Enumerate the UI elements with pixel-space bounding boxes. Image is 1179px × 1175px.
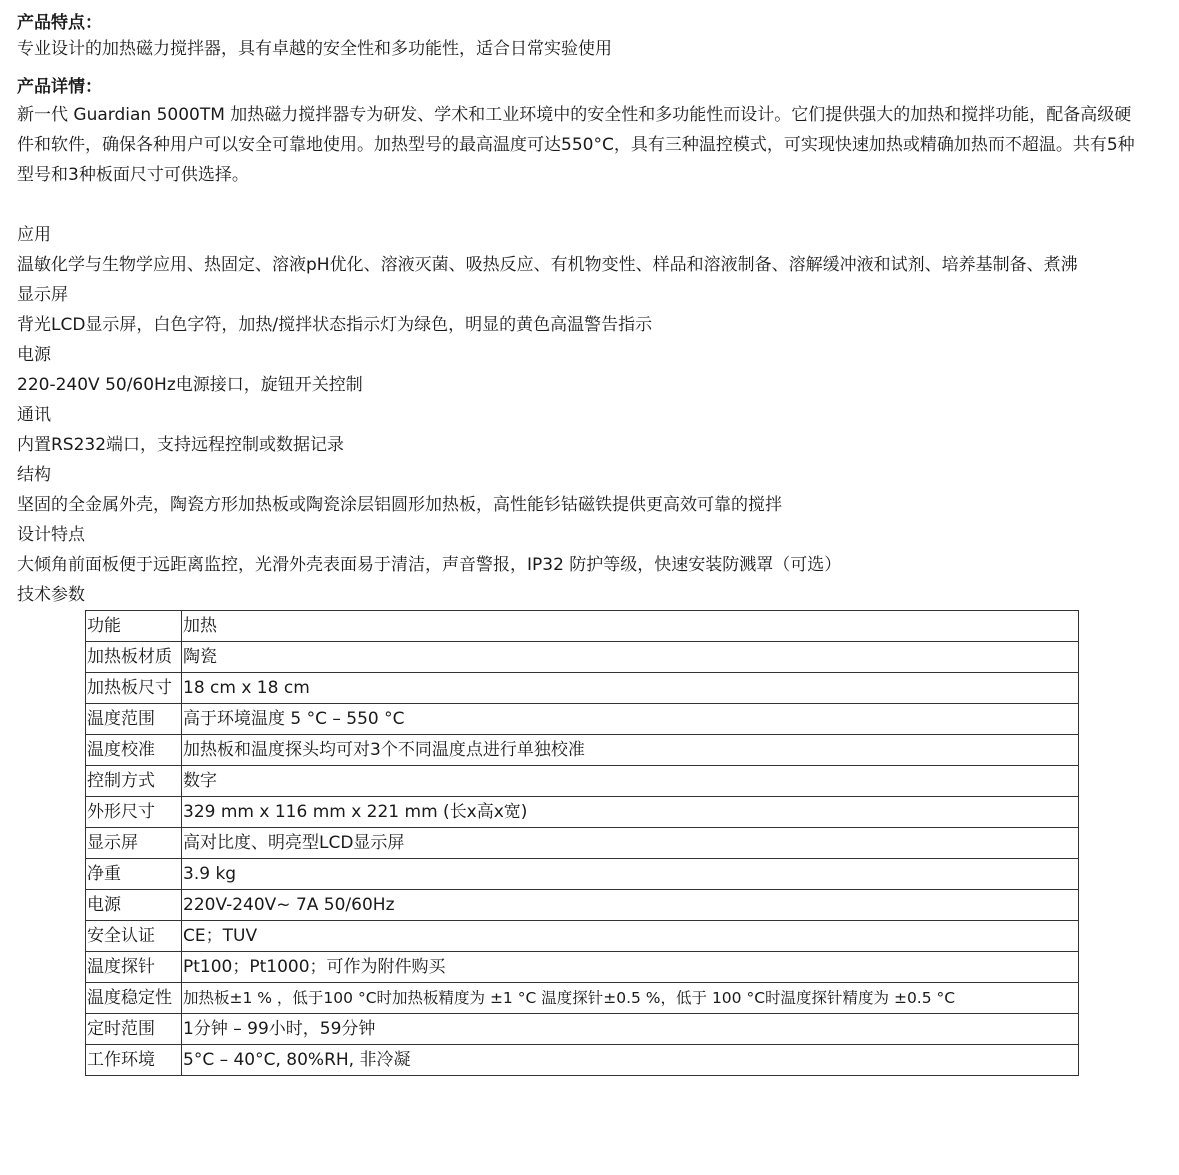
spec-value: 加热 (182, 611, 1079, 642)
spec-value: 18 cm x 18 cm (182, 673, 1079, 704)
spec-key: 工作环境 (86, 1045, 182, 1076)
table-row: 电源220V-240V~ 7A 50/60Hz (86, 890, 1079, 921)
table-row: 外形尺寸329 mm x 116 mm x 221 mm (长x高x宽) (86, 797, 1079, 828)
product-page: 产品特点： 专业设计的加热磁力搅拌器，具有卓越的安全性和多功能性，适合日常实验使… (0, 0, 1167, 1076)
spec-value: 加热板±1 % ，低于100 °C时加热板精度为 ±1 °C 温度探针±0.5 … (182, 983, 1079, 1014)
spec-key: 外形尺寸 (86, 797, 182, 828)
spec-value: CE；TUV (182, 921, 1079, 952)
spec-value: 1分钟 – 99小时，59分钟 (182, 1014, 1079, 1045)
table-row: 净重3.9 kg (86, 859, 1079, 890)
section-title-display: 显示屏 (17, 280, 1167, 310)
spec-key: 温度探针 (86, 952, 182, 983)
spec-value: 加热板和温度探头均可对3个不同温度点进行单独校准 (182, 735, 1079, 766)
spec-key: 控制方式 (86, 766, 182, 797)
spec-key: 电源 (86, 890, 182, 921)
section-text-application: 温敏化学与生物学应用、热固定、溶液pH优化、溶液灭菌、吸热反应、有机物变性、样品… (17, 250, 1137, 280)
spec-value: 陶瓷 (182, 642, 1079, 673)
table-row: 温度范围高于环境温度 5 °C – 550 °C (86, 704, 1079, 735)
table-row: 定时范围1分钟 – 99小时，59分钟 (86, 1014, 1079, 1045)
section-text-communication: 内置RS232端口，支持远程控制或数据记录 (17, 430, 1167, 460)
spec-key: 功能 (86, 611, 182, 642)
spec-value: 329 mm x 116 mm x 221 mm (长x高x宽) (182, 797, 1079, 828)
table-row: 显示屏高对比度、明亮型LCD显示屏 (86, 828, 1079, 859)
table-row: 安全认证CE；TUV (86, 921, 1079, 952)
spec-value: 高于环境温度 5 °C – 550 °C (182, 704, 1079, 735)
details-block: 产品详情： 新一代 Guardian 5000TM 加热磁力搅拌器专为研发、学术… (17, 74, 1167, 190)
section-title-design: 设计特点 (17, 520, 1167, 550)
table-row: 温度探针Pt100；Pt1000；可作为附件购买 (86, 952, 1079, 983)
details-heading: 产品详情： (17, 74, 1167, 100)
table-row: 温度校准加热板和温度探头均可对3个不同温度点进行单独校准 (86, 735, 1079, 766)
spec-key: 加热板材质 (86, 642, 182, 673)
features-block: 产品特点： 专业设计的加热磁力搅拌器，具有卓越的安全性和多功能性，适合日常实验使… (17, 10, 1167, 62)
spec-value: 220V-240V~ 7A 50/60Hz (182, 890, 1079, 921)
section-text-design: 大倾角前面板便于远距离监控，光滑外壳表面易于清洁，声音警报，IP32 防护等级，… (17, 550, 1167, 580)
spec-key: 安全认证 (86, 921, 182, 952)
spec-value: 数字 (182, 766, 1079, 797)
spec-value: 5°C – 40°C, 80%RH, 非冷凝 (182, 1045, 1079, 1076)
section-text-display: 背光LCD显示屏，白色字符，加热/搅拌状态指示灯为绿色，明显的黄色高温警告指示 (17, 310, 1167, 340)
spec-value: 3.9 kg (182, 859, 1079, 890)
spec-value: Pt100；Pt1000；可作为附件购买 (182, 952, 1079, 983)
section-text-power: 220-240V 50/60Hz电源接口，旋钮开关控制 (17, 370, 1167, 400)
section-title-communication: 通讯 (17, 400, 1167, 430)
table-row: 工作环境5°C – 40°C, 80%RH, 非冷凝 (86, 1045, 1079, 1076)
spec-key: 温度范围 (86, 704, 182, 735)
spec-key: 加热板尺寸 (86, 673, 182, 704)
features-text: 专业设计的加热磁力搅拌器，具有卓越的安全性和多功能性，适合日常实验使用 (17, 36, 1167, 62)
features-heading: 产品特点： (17, 10, 1167, 36)
spec-key: 显示屏 (86, 828, 182, 859)
section-title-power: 电源 (17, 340, 1167, 370)
table-row: 加热板材质陶瓷 (86, 642, 1079, 673)
details-text: 新一代 Guardian 5000TM 加热磁力搅拌器专为研发、学术和工业环境中… (17, 100, 1147, 190)
table-row: 温度稳定性加热板±1 % ，低于100 °C时加热板精度为 ±1 °C 温度探针… (86, 983, 1079, 1014)
sections: 应用 温敏化学与生物学应用、热固定、溶液pH优化、溶液灭菌、吸热反应、有机物变性… (17, 220, 1167, 610)
spec-key: 温度校准 (86, 735, 182, 766)
specs-table: 功能加热 加热板材质陶瓷 加热板尺寸18 cm x 18 cm 温度范围高于环境… (85, 610, 1079, 1076)
specs-title: 技术参数 (17, 580, 1167, 610)
section-title-structure: 结构 (17, 460, 1167, 490)
spec-key: 温度稳定性 (86, 983, 182, 1014)
section-text-structure: 坚固的全金属外壳，陶瓷方形加热板或陶瓷涂层铝圆形加热板，高性能钐钴磁铁提供更高效… (17, 490, 1167, 520)
spec-value: 高对比度、明亮型LCD显示屏 (182, 828, 1079, 859)
table-row: 功能加热 (86, 611, 1079, 642)
table-row: 加热板尺寸18 cm x 18 cm (86, 673, 1079, 704)
spec-key: 定时范围 (86, 1014, 182, 1045)
table-row: 控制方式数字 (86, 766, 1079, 797)
spacer (17, 190, 1167, 220)
spec-key: 净重 (86, 859, 182, 890)
section-title-application: 应用 (17, 220, 1167, 250)
